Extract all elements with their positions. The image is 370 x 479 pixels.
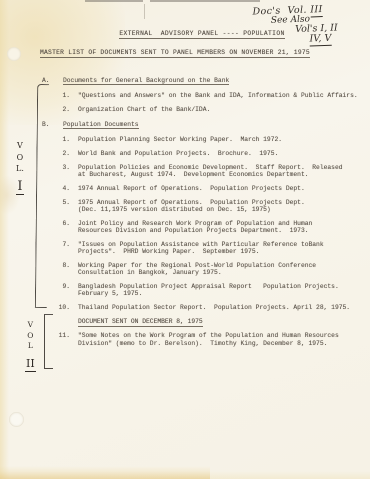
list-item-text: Working Paper for the Regional Post-Worl… <box>78 262 364 277</box>
handwritten-numeral: III <box>310 4 323 17</box>
list-item: 11."Some Notes on the Work Program of th… <box>40 332 364 347</box>
list-item-line: "Questions and Answers" on the Bank and … <box>78 92 364 99</box>
list-item-line: Thailand Population Sector Report. Popul… <box>78 304 364 311</box>
document-title-text: EXTERNAL ADVISORY PANEL ---- POPULATION <box>119 30 284 39</box>
list-item-line: Population Planning Sector Working Paper… <box>78 136 364 143</box>
list-item: 6.Joint Policy and Research Work Program… <box>40 220 364 235</box>
document-subtitle-text: MASTER LIST OF DOCUMENTS SENT TO PANEL M… <box>40 49 310 58</box>
scan-edge-artifact <box>144 4 145 19</box>
list-item-line: February 5, 1975. <box>78 290 364 297</box>
list-item-text: Thailand Population Sector Report. Popul… <box>78 304 364 311</box>
section: A.Documents for General Background on th… <box>40 77 364 113</box>
paper-stain-bottom-right <box>210 471 370 479</box>
section-header: B.Population Documents <box>40 121 364 128</box>
list-item-number: 8. <box>58 262 70 277</box>
section-header: A.Documents for General Background on th… <box>40 77 364 84</box>
punch-hole-bottom <box>9 412 24 427</box>
list-item-text: 1975 Annual Report of Operations. Popula… <box>78 199 364 214</box>
margin-letter: L. <box>16 163 24 175</box>
typed-document: EXTERNAL ADVISORY PANEL ---- POPULATION … <box>40 30 364 353</box>
document-subtitle: MASTER LIST OF DOCUMENTS SENT TO PANEL M… <box>40 49 364 56</box>
section-heading: Documents for General Background on the … <box>63 77 229 84</box>
list-item-number: 7. <box>58 241 70 256</box>
list-item-line: Projects". PHRD Working Paper. September… <box>78 248 364 255</box>
margin-letter: L <box>25 341 36 352</box>
margin-volume-numeral: I <box>16 180 23 195</box>
list-item-line: at Bucharest, August 1974. Development E… <box>78 171 364 178</box>
list-item-text: 1974 Annual Report of Operations. Popula… <box>78 185 364 192</box>
list-item: 7."Issues on Population Assistance with … <box>40 241 364 256</box>
list-item-text: Population Policies and Economic Develop… <box>78 164 364 179</box>
list-item-number: 5. <box>58 199 70 214</box>
list-item: 8.Working Paper for the Regional Post-Wo… <box>40 262 364 277</box>
scan-edge-artifact <box>85 0 143 2</box>
margin-volume-numeral: II <box>25 357 36 372</box>
list-item-line: Division" (memo to Dr. Berelson). Timoth… <box>78 340 364 347</box>
list-item-line: Resources Division and Population Projec… <box>78 227 364 234</box>
list-item-number: 2. <box>58 150 70 157</box>
list-item-line: Consultation in Bangkok, January 1975. <box>78 269 364 276</box>
paper-stain-bottom <box>0 466 210 479</box>
list-item-number: 3. <box>58 164 70 179</box>
list-item-number: 6. <box>58 220 70 235</box>
list-item-line: Organization Chart of the Bank/IDA. <box>78 106 364 113</box>
margin-annotation-vol-2: V O L II <box>25 320 36 372</box>
document-sections: A.Documents for General Background on th… <box>40 77 364 347</box>
list-item: 2.Organization Chart of the Bank/IDA. <box>40 106 364 113</box>
list-item: 9.Bangladesh Population Project Appraisa… <box>40 283 364 298</box>
list-item-line: "Some Notes on the Work Program of the P… <box>78 332 364 339</box>
document-title: EXTERNAL ADVISORY PANEL ---- POPULATION <box>40 30 364 37</box>
section: B.Population Documents1.Population Plann… <box>40 121 364 347</box>
punch-hole-top <box>7 47 21 61</box>
scan-edge-artifact <box>150 0 260 2</box>
list-item: 1."Questions and Answers" on the Bank an… <box>40 92 364 99</box>
section-heading: Population Documents <box>63 121 139 128</box>
margin-annotation-vol-1: V O L. I <box>16 140 24 195</box>
margin-letter: O <box>25 331 36 342</box>
section-label: B. <box>40 121 63 128</box>
list-item-text: Organization Chart of the Bank/IDA. <box>78 106 364 113</box>
margin-letter: O <box>16 152 24 164</box>
margin-letter: V <box>16 140 24 152</box>
list-item: 2.World Bank and Population Projects. Br… <box>40 150 364 157</box>
list-item-line: 1974 Annual Report of Operations. Popula… <box>78 185 364 192</box>
list-item: 1.Population Planning Sector Working Pap… <box>40 136 364 143</box>
list-item-number: 4. <box>58 185 70 192</box>
list-item-text: "Issues on Population Assistance with Pa… <box>78 241 364 256</box>
section-label: A. <box>40 77 63 84</box>
list-item-number: 11. <box>58 332 70 347</box>
list-item-number: 9. <box>58 283 70 298</box>
list-item-number: 1. <box>58 92 70 99</box>
list-item-text: Population Planning Sector Working Paper… <box>78 136 364 143</box>
list-item-text: Bangladesh Population Project Appraisal … <box>78 283 364 298</box>
list-item-text: "Questions and Answers" on the Bank and … <box>78 92 364 99</box>
list-item-text: "Some Notes on the Work Program of the P… <box>78 332 364 347</box>
list-item-number: 1. <box>58 136 70 143</box>
section-heading-text: Documents for General Background on the … <box>63 77 229 86</box>
section-heading-text: Population Documents <box>63 121 139 130</box>
paper-stain-left-edge <box>0 0 9 479</box>
list-item-text: Joint Policy and Research Work Program o… <box>78 220 364 235</box>
list-item-number: 10. <box>58 304 70 311</box>
list-item-line: 1975 Annual Report of Operations. Popula… <box>78 199 364 206</box>
list-item: 5.1975 Annual Report of Operations. Popu… <box>40 199 364 214</box>
list-item-number: 2. <box>58 106 70 113</box>
list-subheading-text: DOCUMENT SENT ON DECEMBER 8, 1975 <box>78 318 203 327</box>
list-item-text: World Bank and Population Projects. Broc… <box>78 150 364 157</box>
list-item-line: (Dec. 11,1975 version distributed on Dec… <box>78 206 364 213</box>
list-item: 10.Thailand Population Sector Report. Po… <box>40 304 364 311</box>
scanned-page: Doc's Vol. III See Also Vol's I, II IV, … <box>0 0 370 479</box>
list-subheading: DOCUMENT SENT ON DECEMBER 8, 1975 <box>78 318 364 325</box>
list-item: 4.1974 Annual Report of Operations. Popu… <box>40 185 364 192</box>
list-item-line: World Bank and Population Projects. Broc… <box>78 150 364 157</box>
margin-letter: V <box>25 320 36 331</box>
list-item: 3.Population Policies and Economic Devel… <box>40 164 364 179</box>
